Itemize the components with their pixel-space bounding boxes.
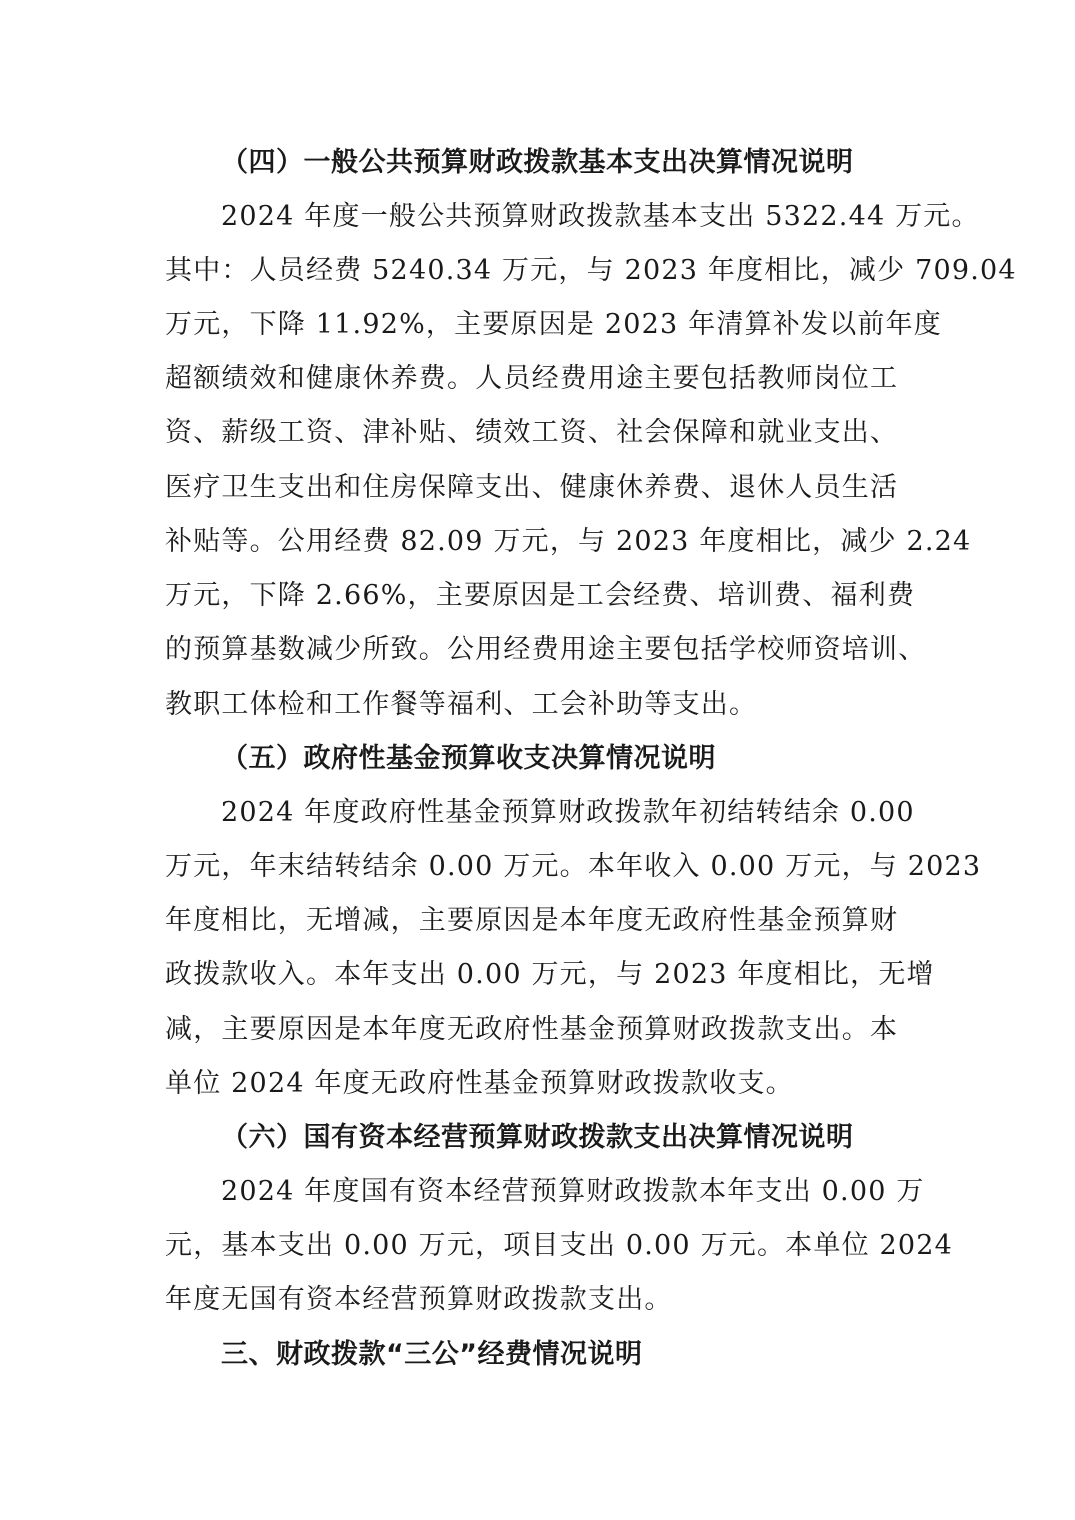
paragraph-line: 2024 年度政府性基金预算财政拨款年初结转结余 0.00 [221, 793, 981, 833]
paragraph-line: 其中：人员经费 5240.34 万元，与 2023 年度相比，减少 709.04 [165, 251, 925, 291]
paragraph-line: 万元，下降 11.92%，主要原因是 2023 年清算补发以前年度 [165, 305, 925, 345]
paragraph-line: 万元，下降 2.66%，主要原因是工会经费、培训费、福利费 [165, 576, 925, 616]
section-heading-government-fund-budget: （五）政府性基金预算收支决算情况说明 [221, 739, 981, 779]
document-page: （四）一般公共预算财政拨款基本支出决算情况说明 2024 年度一般公共预算财政拨… [0, 0, 1075, 1520]
paragraph-line: 单位 2024 年度无政府性基金预算财政拨款收支。 [165, 1064, 925, 1104]
paragraph-line: 教职工体检和工作餐等福利、工会补助等支出。 [165, 685, 925, 725]
paragraph-line: 年度无国有资本经营预算财政拨款支出。 [165, 1280, 925, 1320]
paragraph-line: 减，主要原因是本年度无政府性基金预算财政拨款支出。本 [165, 1010, 925, 1050]
paragraph-line: 年度相比，无增减，主要原因是本年度无政府性基金预算财 [165, 901, 925, 941]
section-heading-general-budget-basic-expenditure: （四）一般公共预算财政拨款基本支出决算情况说明 [221, 143, 981, 183]
paragraph-line: 的预算基数减少所致。公用经费用途主要包括学校师资培训、 [165, 630, 925, 670]
paragraph-line: 超额绩效和健康休养费。人员经费用途主要包括教师岗位工 [165, 359, 925, 399]
paragraph-line: 补贴等。公用经费 82.09 万元，与 2023 年度相比，减少 2.24 [165, 522, 925, 562]
paragraph-line: 政拨款收入。本年支出 0.00 万元，与 2023 年度相比，无增 [165, 955, 925, 995]
paragraph-line: 万元，年末结转结余 0.00 万元。本年收入 0.00 万元，与 2023 [165, 847, 925, 887]
paragraph-line: 2024 年度国有资本经营预算财政拨款本年支出 0.00 万 [221, 1172, 981, 1212]
paragraph-line: 元，基本支出 0.00 万元，项目支出 0.00 万元。本单位 2024 [165, 1226, 925, 1266]
paragraph-line: 资、薪级工资、津补贴、绩效工资、社会保障和就业支出、 [165, 413, 925, 453]
paragraph-line: 2024 年度一般公共预算财政拨款基本支出 5322.44 万元。 [221, 197, 981, 237]
chapter-heading-three-public-expenses: 三、财政拨款“三公”经费情况说明 [221, 1335, 981, 1375]
paragraph-line: 医疗卫生支出和住房保障支出、健康休养费、退休人员生活 [165, 468, 925, 508]
section-heading-state-capital-budget: （六）国有资本经营预算财政拨款支出决算情况说明 [221, 1118, 981, 1158]
